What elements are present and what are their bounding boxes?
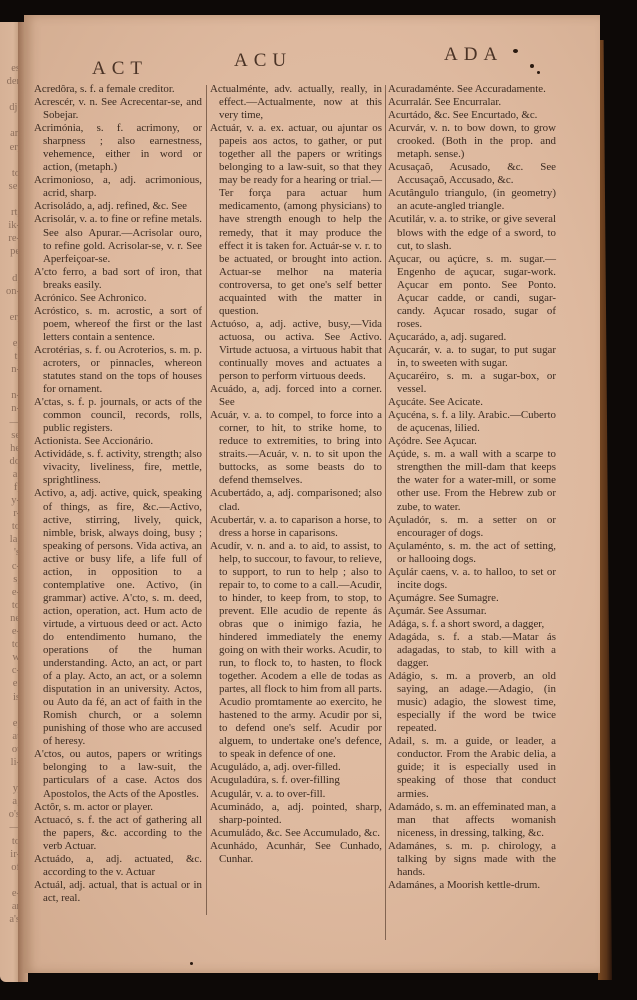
dictionary-entry: Acutilár, v. a. to strike, or give sever… xyxy=(388,213,556,252)
dictionary-entry: Açucéna, s. f. a lily. Arabic.—Cuberto d… xyxy=(388,409,556,435)
dictionary-entry: Actuál, adj. actual, that is actual or i… xyxy=(34,879,202,905)
dictionary-entry: Acuádo, a, adj. forced into a corner. Se… xyxy=(210,383,382,409)
dictionary-entry: Açumágre. See Sumagre. xyxy=(388,592,556,605)
dictionary-entry: Acrisolár, v. a. to fine or refine metal… xyxy=(34,213,202,265)
dictionary-entry: Acugulár, v. a. to over-fill. xyxy=(210,788,382,801)
dictionary-entry: Acrónico. See Achronico. xyxy=(34,292,202,305)
dictionary-entry: Açumár. See Assumar. xyxy=(388,605,556,618)
column-middle: Actualménte, adv. actually, really, in e… xyxy=(210,83,382,866)
column-left: Acredôra, s. f. a female creditor.Acresc… xyxy=(34,83,202,905)
dictionary-entry: Açucarár, v. a. to sugar, to put sugar i… xyxy=(388,344,556,370)
ink-spot xyxy=(190,962,193,965)
dictionary-entry: Acunhádo, Acunhár, See Cunhado, Cunhar. xyxy=(210,840,382,866)
dictionary-entry: Açuladór, s. m. a setter on or encourage… xyxy=(388,514,556,540)
dictionary-entry: Acubertár, v. a. to caparison a horse, t… xyxy=(210,514,382,540)
dictionary-entry: Açucar, ou açúcre, s. m. sugar.—Engenho … xyxy=(388,253,556,331)
dictionary-entry: Acuradaménte. See Accuradamente. xyxy=(388,83,556,96)
dictionary-entry: A'ctas, s. f. p. journals, or acts of th… xyxy=(34,396,202,435)
dictionary-entry: Adamádo, s. m. an effeminated man, a man… xyxy=(388,801,556,840)
dictionary-entry: Actuádo, a, adj. actuated, &c. according… xyxy=(34,853,202,879)
dictionary-entry: Adamánes, s. m. p. chirology, a talking … xyxy=(388,840,556,879)
running-head-right: ADA xyxy=(444,44,503,66)
dictionary-entry: Açulár caens, v. a. to halloo, to set or… xyxy=(388,566,556,592)
dictionary-entry: Activo, a, adj. active, quick, speaking … xyxy=(34,487,202,748)
dictionary-entry: Acrescér, v. n. See Acrecentar-se, and S… xyxy=(34,96,202,122)
dictionary-entry: Acuminádo, a, adj. pointed, sharp, sharp… xyxy=(210,801,382,827)
dictionary-entry: Acubertádo, a, adj. comparisoned; also c… xyxy=(210,487,382,513)
dictionary-entry: A'ctos, ou autos, papers or writings bel… xyxy=(34,748,202,800)
dictionary-entry: Açúde, s. m. a wall with a scarpe to str… xyxy=(388,448,556,513)
dictionary-entry: Acumuládo, &c. See Accumulado, &c. xyxy=(210,827,382,840)
dictionary-entry: Actôr, s. m. actor or player. xyxy=(34,801,202,814)
dictionary-entry: Actualménte, adv. actually, really, in e… xyxy=(210,83,382,122)
dictionary-entry: Açucaréiro, s. m. a sugar-box, or vessel… xyxy=(388,370,556,396)
ink-spot xyxy=(530,64,534,68)
dictionary-entry: Acrimónia, s. f. acrimony, or sharpness … xyxy=(34,122,202,174)
dictionary-entry: Acusaçaõ, Acusado, &c. See Accusaçaõ, Ac… xyxy=(388,161,556,187)
dictionary-entry: Adamánes, a Moorish kettle-drum. xyxy=(388,879,556,892)
dictionary-entry: Acuguladúra, s. f. over-filling xyxy=(210,774,382,787)
dictionary-entry: Acurralár. See Encurralar. xyxy=(388,96,556,109)
dictionary-entry: Acuár, v. a. to compel, to force into a … xyxy=(210,409,382,487)
dictionary-entry: Adága, s. f. a short sword, a dagger, xyxy=(388,618,556,631)
dictionary-entry: Acredôra, s. f. a female creditor. xyxy=(34,83,202,96)
dictionary-entry: Acuguládo, a, adj. over-filled. xyxy=(210,761,382,774)
book-fore-edge xyxy=(598,40,612,980)
dictionary-columns: Acredôra, s. f. a female creditor.Acresc… xyxy=(44,83,600,943)
dictionary-entry: Açódre. See Açucar. xyxy=(388,435,556,448)
dictionary-entry: Acróstico, s. m. acrostic, a sort of poe… xyxy=(34,305,202,344)
dictionary-entry: Actionista. See Accionário. xyxy=(34,435,202,448)
dictionary-entry: Actuár, v. a. ex. actuar, ou ajuntar os … xyxy=(210,122,382,318)
dictionary-entry: Adagáda, s. f. a stab.—Matar ás adagadas… xyxy=(388,631,556,670)
dictionary-entry: Actividáde, s. f. activity, strength; al… xyxy=(34,448,202,487)
dictionary-entry: A'cto ferro, a bad sort of iron, that br… xyxy=(34,266,202,292)
previous-page-text-fragments: es der dj. an er, to se. rt, ik- re- pe … xyxy=(0,62,20,926)
dictionary-entry: Acrotérias, s. f. ou Acroterios, s. m. p… xyxy=(34,344,202,396)
column-rule xyxy=(206,85,207,915)
dictionary-entry: Acurtádo, &c. See Encurtado, &c. xyxy=(388,109,556,122)
column-rule xyxy=(385,85,386,940)
dictionary-entry: Actuacó, s. f. the act of gathering all … xyxy=(34,814,202,853)
running-head-center: ACU xyxy=(234,50,292,72)
dictionary-entry: Acrisoládo, a, adj. refined, &c. See xyxy=(34,200,202,213)
dictionary-entry: Açucáte. See Acicate. xyxy=(388,396,556,409)
running-head-left: ACT xyxy=(92,58,148,80)
dictionary-entry: Actuóso, a, adj. active, busy,—Vida actu… xyxy=(210,318,382,383)
ink-spot xyxy=(513,49,518,53)
dictionary-entry: Acutângulo triangulo, (in geometry) an a… xyxy=(388,187,556,213)
dictionary-entry: Açucarádo, a, adj. sugared. xyxy=(388,331,556,344)
ink-spot xyxy=(537,71,540,74)
column-right: Acuradaménte. See Accuradamente.Acurralá… xyxy=(388,83,556,892)
dictionary-entry: Acurvár, v. n. to bow down, to grow croo… xyxy=(388,122,556,161)
dictionary-entry: Acudír, v. n. and a. to aid, to assist, … xyxy=(210,540,382,762)
dictionary-entry: Adágio, s. m. a proverb, an old saying, … xyxy=(388,670,556,735)
dictionary-entry: Adail, s. m. a guide, or leader, a condu… xyxy=(388,735,556,800)
dictionary-entry: Acrimonioso, a, adj. acrimonious, acrid,… xyxy=(34,174,202,200)
dictionary-entry: Açulaménto, s. m. the act of setting, or… xyxy=(388,540,556,566)
